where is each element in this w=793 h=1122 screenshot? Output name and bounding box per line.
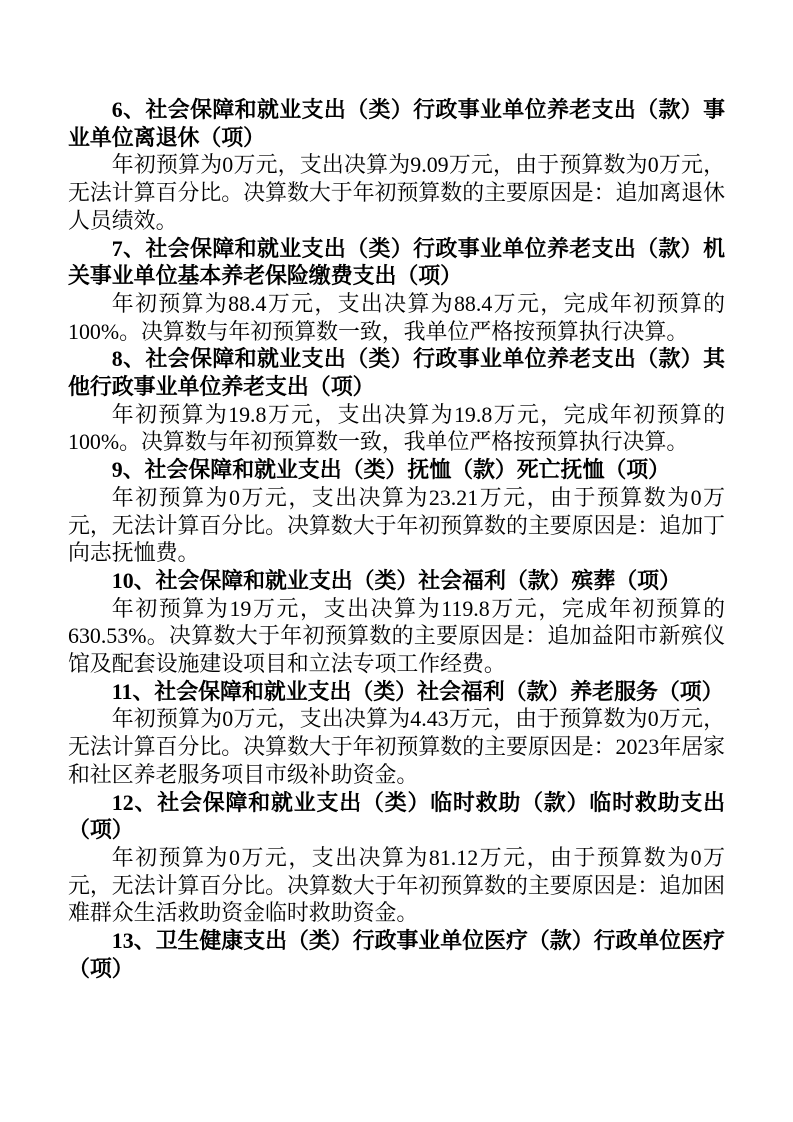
document-page: 6、社会保障和就业支出（类）行政事业单位养老支出（款）事业单位离退休（项） 年初… [0, 0, 793, 1122]
section-heading: 7、社会保障和就业支出（类）行政事业单位养老支出（款）机关事业单位基本养老保险缴… [68, 235, 725, 290]
budget-section-13: 13、卫生健康支出（类）行政事业单位医疗（款）行政单位医疗（项） [68, 927, 725, 982]
section-heading: 11、社会保障和就业支出（类）社会福利（款）养老服务（项） [68, 678, 725, 706]
section-body: 年初预算为19万元，支出决算为119.8万元，完成年初预算的630.53%。决算… [68, 595, 725, 678]
section-heading: 9、社会保障和就业支出（类）抚恤（款）死亡抚恤（项） [68, 456, 725, 484]
section-body: 年初预算为0万元，支出决算为81.12万元，由于预算数为0万元，无法计算百分比。… [68, 844, 725, 927]
budget-section-6: 6、社会保障和就业支出（类）行政事业单位养老支出（款）事业单位离退休（项） 年初… [68, 96, 725, 235]
section-body: 年初预算为0万元，支出决算为4.43万元，由于预算数为0万元，无法计算百分比。决… [68, 705, 725, 788]
section-body: 年初预算为88.4万元，支出决算为88.4万元，完成年初预算的100%。决算数与… [68, 290, 725, 345]
section-heading: 8、社会保障和就业支出（类）行政事业单位养老支出（款）其他行政事业单位养老支出（… [68, 345, 725, 400]
section-body: 年初预算为19.8万元，支出决算为19.8万元，完成年初预算的100%。决算数与… [68, 401, 725, 456]
document-content: 6、社会保障和就业支出（类）行政事业单位养老支出（款）事业单位离退休（项） 年初… [68, 96, 725, 983]
section-heading: 13、卫生健康支出（类）行政事业单位医疗（款）行政单位医疗（项） [68, 927, 725, 982]
section-body: 年初预算为0万元，支出决算为23.21万元，由于预算数为0万元，无法计算百分比。… [68, 484, 725, 567]
section-heading: 10、社会保障和就业支出（类）社会福利（款）殡葬（项） [68, 567, 725, 595]
budget-section-9: 9、社会保障和就业支出（类）抚恤（款）死亡抚恤（项） 年初预算为0万元，支出决算… [68, 456, 725, 567]
budget-section-10: 10、社会保障和就业支出（类）社会福利（款）殡葬（项） 年初预算为19万元，支出… [68, 567, 725, 678]
section-heading: 6、社会保障和就业支出（类）行政事业单位养老支出（款）事业单位离退休（项） [68, 96, 725, 151]
budget-section-7: 7、社会保障和就业支出（类）行政事业单位养老支出（款）机关事业单位基本养老保险缴… [68, 235, 725, 346]
budget-section-11: 11、社会保障和就业支出（类）社会福利（款）养老服务（项） 年初预算为0万元，支… [68, 678, 725, 789]
section-body: 年初预算为0万元，支出决算为9.09万元，由于预算数为0万元，无法计算百分比。决… [68, 151, 725, 234]
budget-section-8: 8、社会保障和就业支出（类）行政事业单位养老支出（款）其他行政事业单位养老支出（… [68, 345, 725, 456]
budget-section-12: 12、社会保障和就业支出（类）临时救助（款）临时救助支出（项） 年初预算为0万元… [68, 789, 725, 928]
section-heading: 12、社会保障和就业支出（类）临时救助（款）临时救助支出（项） [68, 789, 725, 844]
